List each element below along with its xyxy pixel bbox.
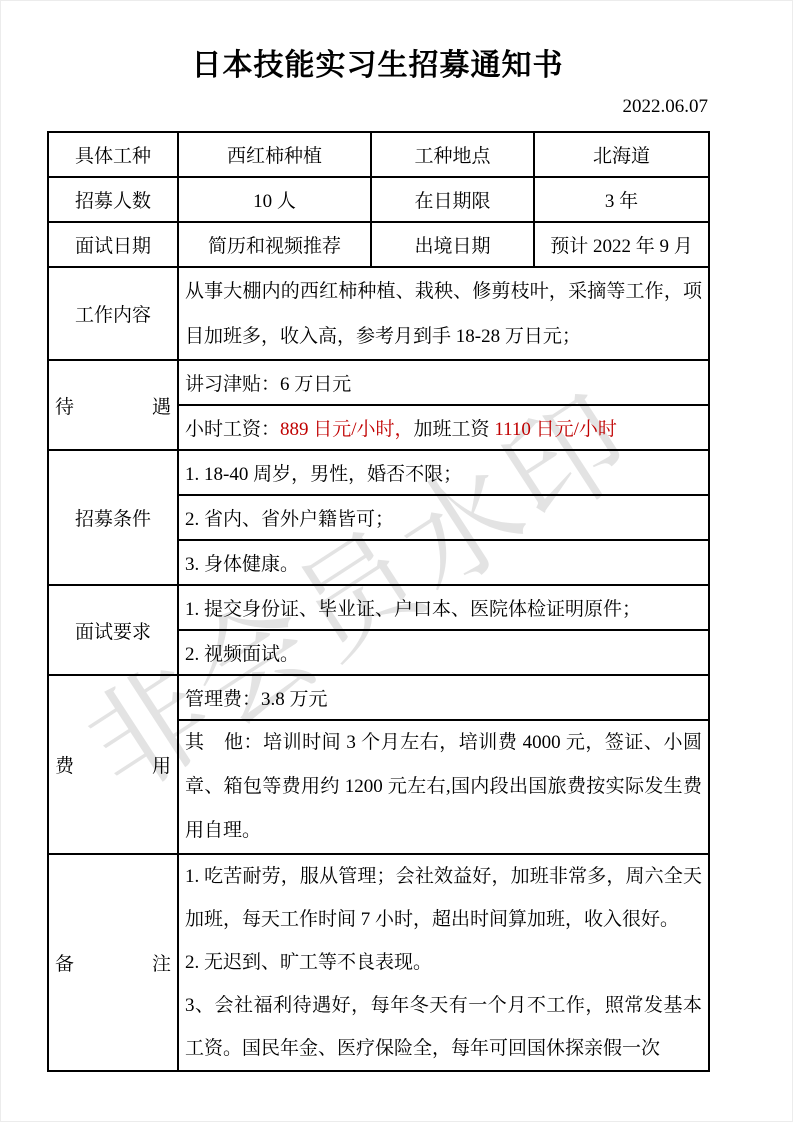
- fees-other: 其 他：培训时间 3 个月左右，培训费 4000 元，签证、小圆章、箱包等费用约…: [178, 720, 709, 854]
- condition-item-1: 1. 18-40 周岁，男性，婚否不限；: [178, 450, 709, 495]
- value-work-content: 从事大棚内的西红柿种植、栽秧、修剪枝叶，采摘等工作，项目加班多，收入高，参考月到…: [178, 267, 709, 360]
- label-job-type: 具体工种: [48, 132, 178, 177]
- fees-management: 管理费：3.8 万元: [178, 675, 709, 720]
- value-job-type: 西红柿种植: [178, 132, 371, 177]
- label-conditions: 招募条件: [48, 450, 178, 585]
- table-row: 面试日期 简历和视频推荐 出境日期 预计 2022 年 9 月: [48, 222, 709, 267]
- label-notes: 备注: [48, 854, 178, 1071]
- table-row: 费用 管理费：3.8 万元: [48, 675, 709, 720]
- treatment-allowance: 讲习津贴：6 万日元: [178, 360, 709, 405]
- condition-item-2: 2. 省内、省外户籍皆可；: [178, 495, 709, 540]
- value-departure-date: 预计 2022 年 9 月: [534, 222, 709, 267]
- label-fees: 费用: [48, 675, 178, 854]
- interview-item-1: 1. 提交身份证、毕业证、户口本、医院体检证明原件；: [178, 585, 709, 630]
- value-interview-date: 简历和视频推荐: [178, 222, 371, 267]
- condition-item-3: 3. 身体健康。: [178, 540, 709, 585]
- interview-item-2: 2. 视频面试。: [178, 630, 709, 675]
- label-job-location: 工种地点: [371, 132, 534, 177]
- notice-table: 具体工种 西红柿种植 工种地点 北海道 招募人数 10 人 在日期限 3 年 面…: [47, 131, 710, 1072]
- label-departure-date: 出境日期: [371, 222, 534, 267]
- notes-content: 1. 吃苦耐劳，服从管理；会社效益好，加班非常多，周六全天加班，每天工作时间 7…: [178, 854, 709, 1071]
- table-row: 具体工种 西红柿种植 工种地点 北海道: [48, 132, 709, 177]
- table-row: 待遇 讲习津贴：6 万日元: [48, 360, 709, 405]
- wage-overtime-red: 1110 日元/小时: [494, 419, 617, 440]
- table-row: 工作内容 从事大棚内的西红柿种植、栽秧、修剪枝叶，采摘等工作，项目加班多，收入高…: [48, 267, 709, 360]
- treatment-hourly-wage: 小时工资：889 日元/小时，加班工资 1110 日元/小时: [178, 405, 709, 450]
- document-page: 日本技能实习生招募通知书 2022.06.07 具体工种 西红柿种植 工种地点 …: [47, 0, 708, 1072]
- label-treatment: 待遇: [48, 360, 178, 450]
- wage-prefix: 小时工资：: [185, 419, 280, 440]
- note-item-2: 2. 无迟到、旷工等不良表现。: [185, 941, 702, 984]
- label-work-content: 工作内容: [48, 267, 178, 360]
- table-row: 备注 1. 吃苦耐劳，服从管理；会社效益好，加班非常多，周六全天加班，每天工作时…: [48, 854, 709, 1071]
- page-title: 日本技能实习生招募通知书: [47, 0, 708, 85]
- label-interview-date: 面试日期: [48, 222, 178, 267]
- value-recruit-count: 10 人: [178, 177, 371, 222]
- label-stay-period: 在日期限: [371, 177, 534, 222]
- wage-overtime-label: 加班工资: [414, 419, 495, 440]
- table-row: 面试要求 1. 提交身份证、毕业证、户口本、医院体检证明原件；: [48, 585, 709, 630]
- note-item-1: 1. 吃苦耐劳，服从管理；会社效益好，加班非常多，周六全天加班，每天工作时间 7…: [185, 855, 702, 941]
- label-interview-req: 面试要求: [48, 585, 178, 675]
- note-item-3: 3、会社福利待遇好，每年冬天有一个月不工作，照常发基本工资。国民年金、医疗保险全…: [185, 984, 702, 1070]
- table-row: 招募条件 1. 18-40 周岁，男性，婚否不限；: [48, 450, 709, 495]
- value-job-location: 北海道: [534, 132, 709, 177]
- value-stay-period: 3 年: [534, 177, 709, 222]
- document-date: 2022.06.07: [47, 96, 708, 118]
- label-recruit-count: 招募人数: [48, 177, 178, 222]
- table-row: 招募人数 10 人 在日期限 3 年: [48, 177, 709, 222]
- wage-base-red: 889 日元/小时，: [280, 419, 414, 440]
